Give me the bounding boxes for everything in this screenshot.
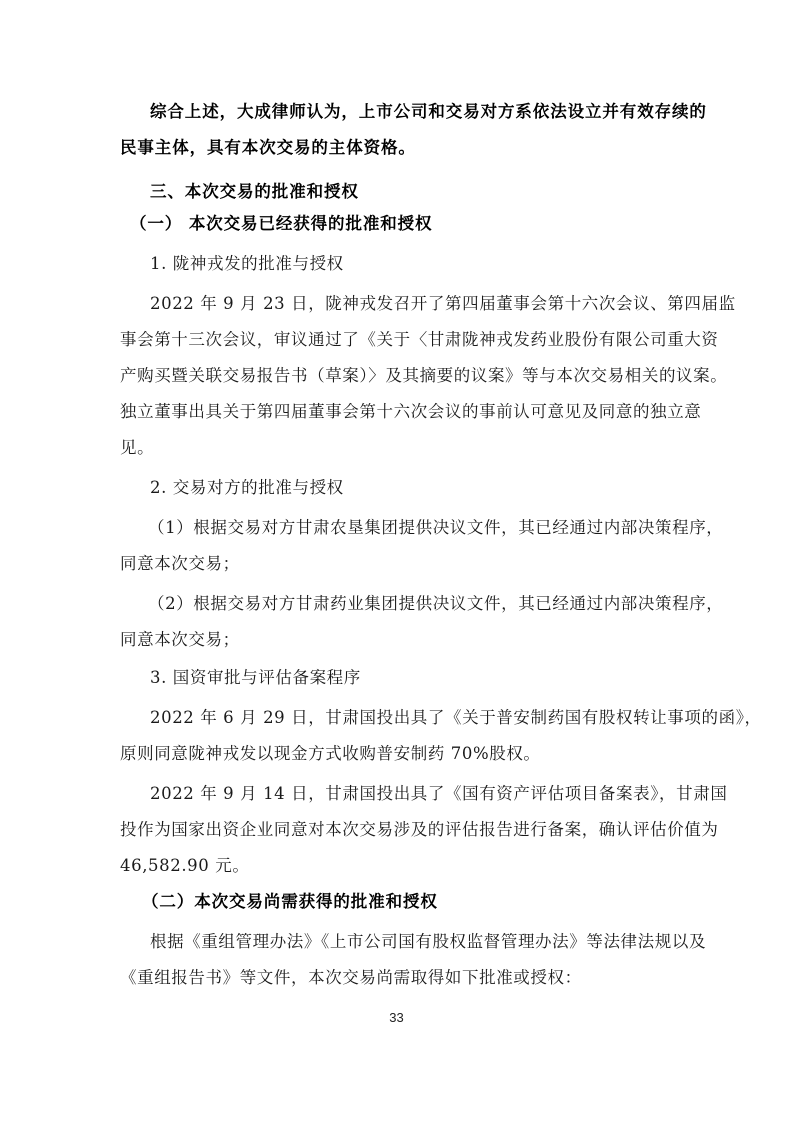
paragraph-guotou-letter-line-2: 原则同意陇神戎发以现金方式收购普安制药 70%股权。 bbox=[120, 744, 675, 764]
item-heading-1: 1. 陇神戎发的批准与授权 bbox=[150, 254, 705, 274]
paragraph-board-line-2: 事会第十三次会议，审议通过了《关于〈甘肃陇神戎发药业股份有限公司重大资 bbox=[120, 330, 672, 350]
paragraph-board-line-3: 产购买暨关联交易报告书（草案）〉及其摘要的议案》等与本次交易相关的议案。 bbox=[120, 366, 672, 386]
item-heading-2: 2. 交易对方的批准与授权 bbox=[150, 478, 705, 498]
page-number: 33 bbox=[0, 1010, 793, 1025]
conclusion-line-2: 民事主体，具有本次交易的主体资格。 bbox=[120, 138, 675, 158]
paragraph-nongken-line-1: （1）根据交易对方甘肃农垦集团提供决议文件，其已经通过内部决策程序， bbox=[148, 518, 672, 538]
document-page: 综合上述，大成律师认为，上市公司和交易对方系依法设立并有效存续的 民事主体，具有… bbox=[0, 0, 793, 1122]
paragraph-valuation-line-1: 2022 年 9 月 14 日，甘肃国投出具了《国有资产评估项目备案表》，甘肃国 bbox=[150, 784, 672, 804]
paragraph-pending-line-1: 根据《重组管理办法》《上市公司国有股权监督管理办法》等法律法规以及 bbox=[150, 932, 672, 952]
conclusion-line-1: 综合上述，大成律师认为，上市公司和交易对方系依法设立并有效存续的 bbox=[150, 102, 672, 122]
paragraph-valuation-line-2: 投作为国家出资企业同意对本次交易涉及的评估报告进行备案，确认评估价值为 bbox=[120, 820, 672, 840]
paragraph-board-line-1: 2022 年 9 月 23 日，陇神戎发召开了第四届董事会第十六次会议、第四届监 bbox=[150, 294, 672, 314]
paragraph-yaoye-line-2: 同意本次交易； bbox=[120, 630, 675, 650]
paragraph-valuation-line-3: 46,582.90 元。 bbox=[120, 856, 675, 876]
paragraph-board-line-5: 见。 bbox=[120, 438, 675, 458]
subsection-heading-pending: （二）本次交易尚需获得的批准和授权 bbox=[142, 892, 697, 912]
paragraph-nongken-line-2: 同意本次交易； bbox=[120, 554, 675, 574]
section-heading-approval: 三、本次交易的批准和授权 bbox=[150, 182, 705, 202]
paragraph-pending-line-2: 《重组报告书》等文件，本次交易尚需取得如下批准或授权： bbox=[120, 968, 675, 988]
paragraph-guotou-letter-line-1: 2022 年 6 月 29 日，甘肃国投出具了《关于普安制药国有股权转让事项的函… bbox=[150, 708, 672, 728]
subsection-heading-obtained: （一） 本次交易已经获得的批准和授权 bbox=[130, 214, 685, 234]
item-heading-3: 3. 国资审批与评估备案程序 bbox=[150, 668, 705, 688]
paragraph-yaoye-line-1: （2）根据交易对方甘肃药业集团提供决议文件，其已经通过内部决策程序， bbox=[148, 594, 672, 614]
paragraph-board-line-4: 独立董事出具关于第四届董事会第十六次会议的事前认可意见及同意的独立意 bbox=[120, 402, 672, 422]
